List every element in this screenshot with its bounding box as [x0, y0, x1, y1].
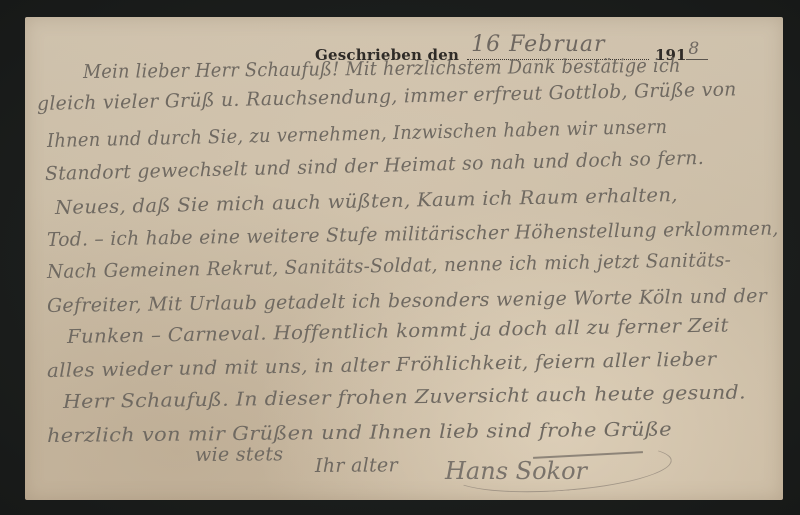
letter-line: Ihnen und durch Sie, zu vernehmen, Inzwi… — [47, 116, 668, 152]
postcard: Geschrieben den 16 Februar 191 8 Mein li… — [25, 17, 783, 500]
letter-line: Gefreiter, Mit Urlaub getadelt ich beson… — [47, 285, 767, 317]
letter-line: Nach Gemeinen Rekrut, Sanitäts-Soldat, n… — [47, 249, 732, 283]
letter-line: gleich vieler Grüß u. Rauchsendung, imme… — [37, 78, 737, 115]
letter-line: Herr Schaufuß. In dieser frohen Zuversic… — [63, 381, 746, 413]
letter-line-closing: Ihr alter — [315, 454, 398, 477]
letter-line: Tod. – ich habe eine weitere Stufe milit… — [47, 218, 779, 251]
letter-line: alles wieder und mit uns, in alter Fröhl… — [47, 348, 717, 382]
letter-line: Funken – Carneval. Hoffentlich kommt ja … — [67, 314, 729, 348]
letter-line: Mein lieber Herr Schaufuß! Mit herzlichs… — [83, 55, 681, 83]
letter-line: Standort gewechselt und sind der Heimat … — [45, 147, 705, 185]
scan-background: Geschrieben den 16 Februar 191 8 Mein li… — [0, 0, 800, 515]
letter-line: Neues, daß Sie mich auch wüßten, Kaum ic… — [55, 184, 678, 219]
letter-body: Mein lieber Herr Schaufuß! Mit herzlichs… — [25, 17, 783, 500]
letter-line-closing: wie stets — [195, 443, 284, 466]
signature: Hans Sokor — [445, 457, 587, 485]
letter-line: herzlich von mir Grüßen und Ihnen lieb s… — [47, 418, 672, 447]
